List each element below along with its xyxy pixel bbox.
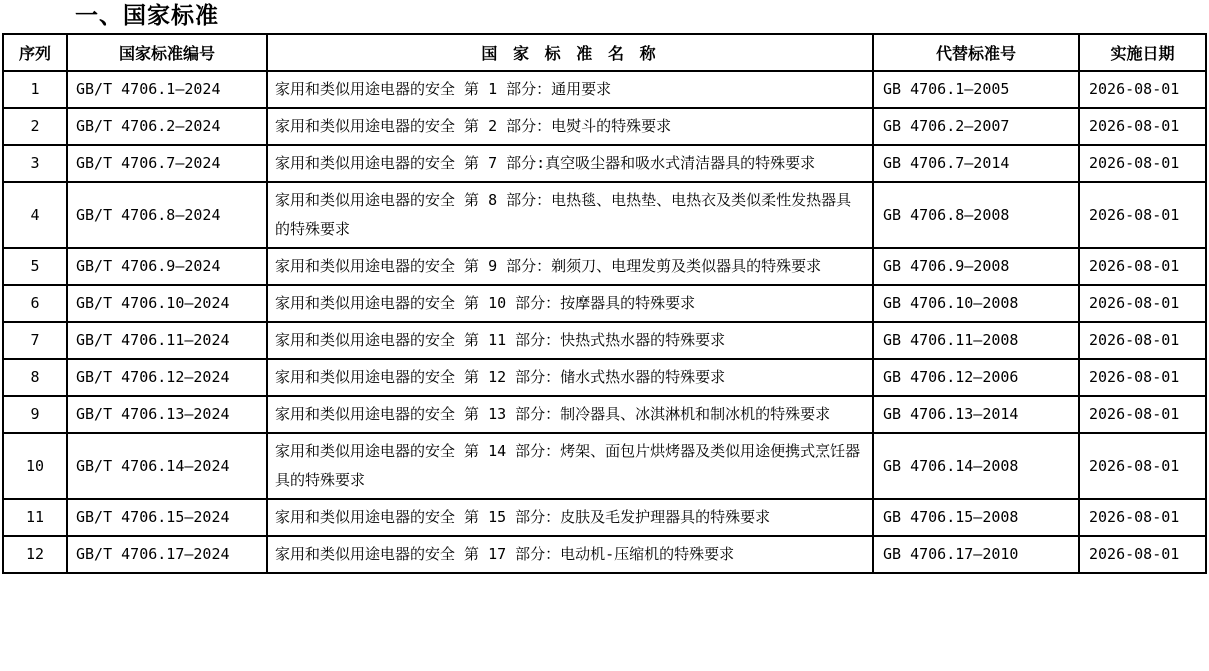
cell-sequence-number: 6: [3, 285, 67, 322]
table-row: 6 GB/T 4706.10—2024 家用和类似用途电器的安全 第 10 部分…: [3, 285, 1206, 322]
table-row: 8 GB/T 4706.12—2024 家用和类似用途电器的安全 第 12 部分…: [3, 359, 1206, 396]
cell-sequence-number: 12: [3, 536, 67, 573]
table-row: 12 GB/T 4706.17—2024 家用和类似用途电器的安全 第 17 部…: [3, 536, 1206, 573]
cell-standard-code: GB/T 4706.8—2024: [67, 182, 267, 248]
cell-sequence-number: 8: [3, 359, 67, 396]
cell-replaced-standard: GB 4706.10—2008: [873, 285, 1079, 322]
cell-standard-code: GB/T 4706.15—2024: [67, 499, 267, 536]
table-row: 1 GB/T 4706.1—2024 家用和类似用途电器的安全 第 1 部分：通…: [3, 71, 1206, 108]
cell-implementation-date: 2026-08-01: [1079, 108, 1206, 145]
table-row: 10 GB/T 4706.14—2024 家用和类似用途电器的安全 第 14 部…: [3, 433, 1206, 499]
cell-standard-name: 家用和类似用途电器的安全 第 14 部分：烤架、面包片烘烤器及类似用途便携式烹饪…: [267, 433, 873, 499]
cell-sequence-number: 7: [3, 322, 67, 359]
cell-implementation-date: 2026-08-01: [1079, 536, 1206, 573]
cell-implementation-date: 2026-08-01: [1079, 285, 1206, 322]
section-title: 一、国家标准: [75, 1, 219, 31]
cell-standard-code: GB/T 4706.12—2024: [67, 359, 267, 396]
cell-standard-code: GB/T 4706.11—2024: [67, 322, 267, 359]
table-row: 3 GB/T 4706.7—2024 家用和类似用途电器的安全 第 7 部分:真…: [3, 145, 1206, 182]
cell-sequence-number: 11: [3, 499, 67, 536]
cell-standard-code: GB/T 4706.2—2024: [67, 108, 267, 145]
cell-sequence-number: 5: [3, 248, 67, 285]
cell-standard-name: 家用和类似用途电器的安全 第 11 部分：快热式热水器的特殊要求: [267, 322, 873, 359]
cell-implementation-date: 2026-08-01: [1079, 322, 1206, 359]
cell-replaced-standard: GB 4706.7—2014: [873, 145, 1079, 182]
cell-sequence-number: 2: [3, 108, 67, 145]
table-row: 2 GB/T 4706.2—2024 家用和类似用途电器的安全 第 2 部分：电…: [3, 108, 1206, 145]
cell-sequence-number: 1: [3, 71, 67, 108]
cell-standard-code: GB/T 4706.9—2024: [67, 248, 267, 285]
cell-implementation-date: 2026-08-01: [1079, 71, 1206, 108]
cell-replaced-standard: GB 4706.9—2008: [873, 248, 1079, 285]
cell-sequence-number: 10: [3, 433, 67, 499]
column-header-name: 国 家 标 准 名 称: [267, 34, 873, 71]
column-header-replaced: 代替标准号: [873, 34, 1079, 71]
cell-standard-name: 家用和类似用途电器的安全 第 1 部分：通用要求: [267, 71, 873, 108]
cell-standard-name: 家用和类似用途电器的安全 第 9 部分：剃须刀、电理发剪及类似器具的特殊要求: [267, 248, 873, 285]
cell-implementation-date: 2026-08-01: [1079, 433, 1206, 499]
cell-implementation-date: 2026-08-01: [1079, 182, 1206, 248]
table-row: 11 GB/T 4706.15—2024 家用和类似用途电器的安全 第 15 部…: [3, 499, 1206, 536]
cell-replaced-standard: GB 4706.15—2008: [873, 499, 1079, 536]
cell-standard-name: 家用和类似用途电器的安全 第 8 部分：电热毯、电热垫、电热衣及类似柔性发热器具…: [267, 182, 873, 248]
table-row: 9 GB/T 4706.13—2024 家用和类似用途电器的安全 第 13 部分…: [3, 396, 1206, 433]
cell-replaced-standard: GB 4706.12—2006: [873, 359, 1079, 396]
cell-implementation-date: 2026-08-01: [1079, 145, 1206, 182]
cell-standard-code: GB/T 4706.17—2024: [67, 536, 267, 573]
cell-standard-name: 家用和类似用途电器的安全 第 12 部分：储水式热水器的特殊要求: [267, 359, 873, 396]
document-page: 一、国家标准 序列 国家标准编号 国 家 标 准 名 称 代替标准号 实施日期 …: [0, 0, 1209, 671]
cell-replaced-standard: GB 4706.1—2005: [873, 71, 1079, 108]
cell-implementation-date: 2026-08-01: [1079, 499, 1206, 536]
cell-standard-code: GB/T 4706.10—2024: [67, 285, 267, 322]
table-row: 7 GB/T 4706.11—2024 家用和类似用途电器的安全 第 11 部分…: [3, 322, 1206, 359]
cell-sequence-number: 4: [3, 182, 67, 248]
table-row: 4 GB/T 4706.8—2024 家用和类似用途电器的安全 第 8 部分：电…: [3, 182, 1206, 248]
cell-replaced-standard: GB 4706.11—2008: [873, 322, 1079, 359]
cell-standard-name: 家用和类似用途电器的安全 第 10 部分：按摩器具的特殊要求: [267, 285, 873, 322]
cell-implementation-date: 2026-08-01: [1079, 359, 1206, 396]
national-standards-table: 序列 国家标准编号 国 家 标 准 名 称 代替标准号 实施日期 1 GB/T …: [2, 33, 1207, 574]
table-row: 5 GB/T 4706.9—2024 家用和类似用途电器的安全 第 9 部分：剃…: [3, 248, 1206, 285]
cell-replaced-standard: GB 4706.2—2007: [873, 108, 1079, 145]
cell-standard-code: GB/T 4706.13—2024: [67, 396, 267, 433]
cell-standard-code: GB/T 4706.14—2024: [67, 433, 267, 499]
cell-replaced-standard: GB 4706.8—2008: [873, 182, 1079, 248]
cell-standard-code: GB/T 4706.7—2024: [67, 145, 267, 182]
cell-sequence-number: 9: [3, 396, 67, 433]
column-header-seq: 序列: [3, 34, 67, 71]
standards-table-body: 1 GB/T 4706.1—2024 家用和类似用途电器的安全 第 1 部分：通…: [3, 71, 1206, 573]
column-header-date: 实施日期: [1079, 34, 1206, 71]
cell-implementation-date: 2026-08-01: [1079, 396, 1206, 433]
cell-replaced-standard: GB 4706.17—2010: [873, 536, 1079, 573]
cell-replaced-standard: GB 4706.14—2008: [873, 433, 1079, 499]
cell-standard-name: 家用和类似用途电器的安全 第 7 部分:真空吸尘器和吸水式清洁器具的特殊要求: [267, 145, 873, 182]
cell-replaced-standard: GB 4706.13—2014: [873, 396, 1079, 433]
cell-standard-code: GB/T 4706.1—2024: [67, 71, 267, 108]
column-header-code: 国家标准编号: [67, 34, 267, 71]
cell-sequence-number: 3: [3, 145, 67, 182]
cell-standard-name: 家用和类似用途电器的安全 第 13 部分：制冷器具、冰淇淋机和制冰机的特殊要求: [267, 396, 873, 433]
table-header-row: 序列 国家标准编号 国 家 标 准 名 称 代替标准号 实施日期: [3, 34, 1206, 71]
cell-standard-name: 家用和类似用途电器的安全 第 2 部分：电熨斗的特殊要求: [267, 108, 873, 145]
cell-implementation-date: 2026-08-01: [1079, 248, 1206, 285]
cell-standard-name: 家用和类似用途电器的安全 第 17 部分：电动机-压缩机的特殊要求: [267, 536, 873, 573]
cell-standard-name: 家用和类似用途电器的安全 第 15 部分：皮肤及毛发护理器具的特殊要求: [267, 499, 873, 536]
